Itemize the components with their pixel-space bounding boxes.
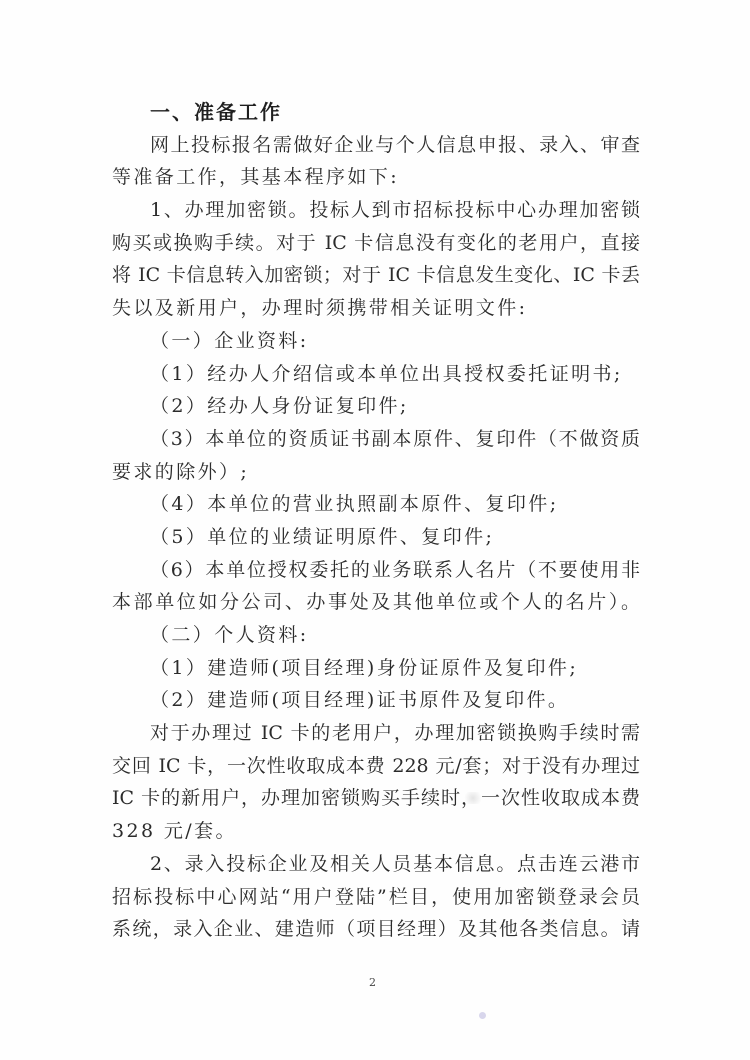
text-line: （一）企业资料:: [112, 325, 640, 358]
text-line: （6）本单位授权委托的业务联系人名片（不要使用非: [112, 554, 640, 587]
text-line: （1）经办人介绍信或本单位出具授权委托证明书;: [112, 358, 640, 391]
text-line: 对于办理过 IC 卡的老用户，办理加密锁换购手续时需: [112, 717, 640, 750]
text-line: （5）单位的业绩证明原件、复印件;: [112, 521, 640, 554]
text-line: （2）建造师(项目经理)证书原件及复印件。: [112, 684, 640, 717]
text-line: 将 IC 卡信息转入加密锁；对于 IC 卡信息发生变化、IC 卡丢: [112, 259, 640, 292]
text-line: IC 卡的新用户，办理加密锁购买手续时，一次性收取成本费: [112, 782, 640, 815]
text-line: 招标投标中心网站“用户登陆”栏目，使用加密锁登录会员: [112, 881, 640, 914]
section-heading: 一、准备工作: [112, 96, 640, 129]
text-line: 328 元/套。: [112, 815, 640, 848]
text-line: （3）本单位的资质证书副本原件、复印件（不做资质: [112, 423, 640, 456]
text-line: 等准备工作，其基本程序如下:: [112, 161, 640, 194]
text-line: （1）建造师(项目经理)身份证原件及复印件;: [112, 652, 640, 685]
text-line: 交回 IC 卡，一次性收取成本费 228 元/套；对于没有办理过: [112, 750, 640, 783]
text-line: 失以及新用户，办理时须携带相关证明文件:: [112, 292, 640, 325]
text-line: 购买或换购手续。对于 IC 卡信息没有变化的老用户，直接: [112, 227, 640, 260]
text-line: （4）本单位的营业执照副本原件、复印件;: [112, 488, 640, 521]
text-line: 本部单位如分公司、办事处及其他单位或个人的名片）。: [112, 586, 640, 619]
text-line: （2）经办人身份证复印件;: [112, 390, 640, 423]
paragraph-lines: 网上投标报名需做好企业与个人信息申报、录入、审查等准备工作，其基本程序如下:1、…: [112, 129, 640, 946]
text-line: 系统，录入企业、建造师（项目经理）及其他各类信息。请: [112, 913, 640, 946]
page-number: 2: [369, 976, 376, 989]
document-body: 一、准备工作 网上投标报名需做好企业与个人信息申报、录入、审查等准备工作，其基本…: [112, 96, 640, 946]
scan-artifact: [462, 792, 484, 804]
text-line: （二）个人资料:: [112, 619, 640, 652]
text-line: 1、办理加密锁。投标人到市招标投标中心办理加密锁: [112, 194, 640, 227]
document-page: 一、准备工作 网上投标报名需做好企业与个人信息申报、录入、审查等准备工作，其基本…: [0, 0, 750, 1060]
text-line: 网上投标报名需做好企业与个人信息申报、录入、审查: [112, 129, 640, 162]
text-line: 2、录入投标企业及相关人员基本信息。点击连云港市: [112, 848, 640, 881]
scan-artifact-dot: [479, 1012, 486, 1019]
text-line: 要求的除外）;: [112, 456, 640, 489]
